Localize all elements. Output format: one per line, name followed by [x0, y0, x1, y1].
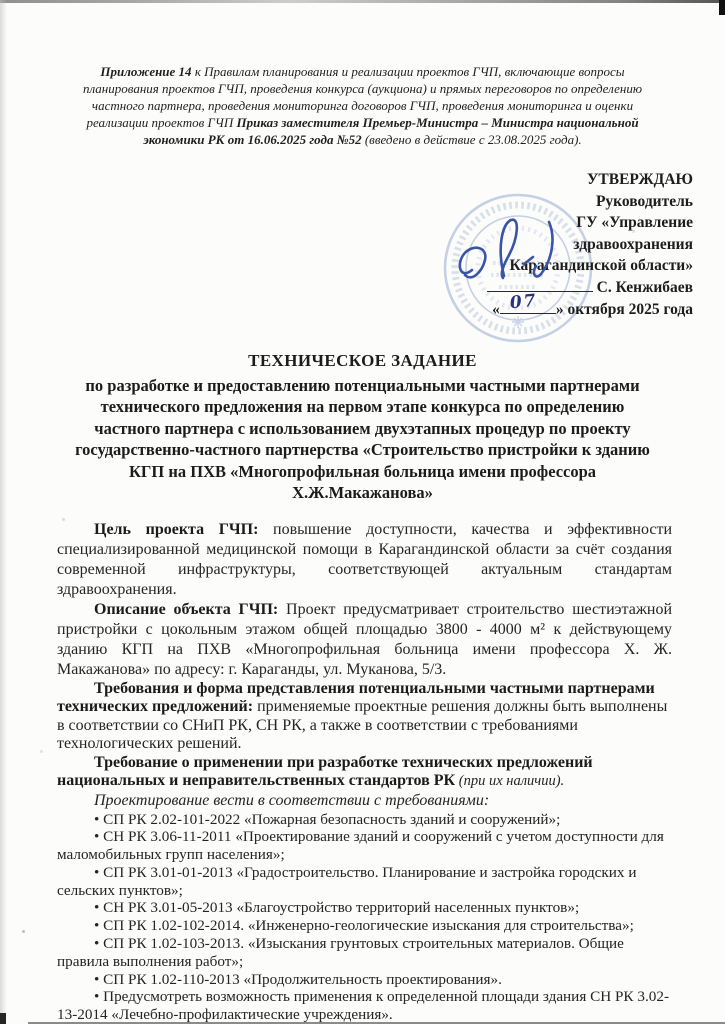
standards-list-item: СП РК 1.02-103-2013. «Изыскания грунтовы… — [57, 935, 672, 971]
standards-list-item: СН РК 3.01-05-2013 «Благоустройство терр… — [57, 899, 672, 917]
paragraph-goal: Цель проекта ГЧП: повышение доступности,… — [57, 520, 672, 600]
paragraph-requirements: Требования и форма представления потенци… — [57, 680, 672, 754]
appendix-ref-bold: Приложение 14 — [100, 64, 191, 79]
standards-list-item: Предусмотреть возможность применения к о… — [57, 988, 672, 1024]
date-open-quote: « — [492, 301, 500, 318]
order-ref-text: (введено в действие с 23.08.2025 года). — [362, 132, 582, 147]
date-rest: » октября 2025 года — [556, 301, 693, 318]
standards-note: (при их наличии). — [455, 773, 564, 789]
scan-edge-left — [0, 0, 7, 1024]
date-blank-line: 07 — [500, 298, 556, 314]
design-intro-line: Проектирование вести в соответствии с тр… — [57, 791, 672, 811]
scan-noise-specks — [22, 930, 25, 933]
standards-list-item: СП РК 1.02-102-2014. «Инженерно-геологич… — [57, 917, 672, 935]
appendix-note: Приложение 14 к Правилам планирования и … — [79, 63, 647, 148]
standards-list-item: СП РК 3.01-01-2013 «Градостроительство. … — [57, 864, 672, 900]
scan-edge-top — [0, 0, 725, 3]
signature-line: С. Кенжибаев — [0, 277, 693, 299]
scanned-document-page: Приложение 14 к Правилам планирования и … — [0, 0, 725, 1024]
standards-list-item: СП РК 2.02-101-2022 «Пожарная безопаснос… — [57, 811, 672, 829]
handwritten-date-day: 07 — [509, 291, 539, 315]
scan-corner-mark-bottom-left — [0, 1013, 6, 1024]
approval-title: УТВЕРЖДАЮ — [0, 169, 693, 191]
standards-list-item: СН РК 3.06-11-2011 «Проектирование здани… — [57, 828, 672, 864]
goal-label: Цель проекта ГЧП: — [94, 521, 258, 538]
document-heading: ТЕХНИЧЕСКОЕ ЗАДАНИЕ — [0, 351, 725, 371]
approval-org-line: Руководитель — [0, 191, 693, 213]
document-title-block: ТЕХНИЧЕСКОЕ ЗАДАНИЕ по разработке и пред… — [0, 351, 725, 504]
approval-date-line: «07» октября 2025 года — [0, 298, 693, 321]
object-label: Описание объекта ГЧП: — [94, 601, 278, 618]
scan-corner-mark-top-right — [719, 0, 725, 15]
approval-org-line: здравоохранения — [0, 234, 693, 256]
approval-block: УТВЕРЖДАЮ Руководитель ГУ «Управление зд… — [0, 169, 693, 321]
paragraph-standards: Требование о применении при разработке т… — [57, 754, 672, 791]
approval-org-line: Карагандинской области» — [0, 255, 693, 277]
signature — [452, 208, 582, 294]
standards-list-item: СП РК 1.02-110-2013 «Продолжительность п… — [57, 971, 672, 989]
paragraph-object: Описание объекта ГЧП: Проект предусматри… — [57, 600, 672, 680]
signatory-name: С. Кенжибаев — [597, 279, 693, 296]
document-body: Цель проекта ГЧП: повышение доступности,… — [57, 520, 672, 1024]
document-subtitle: по разработке и предоставлению потенциал… — [67, 375, 659, 504]
standards-list: СП РК 2.02-101-2022 «Пожарная безопаснос… — [57, 811, 672, 1024]
approval-org-line: ГУ «Управление — [0, 212, 693, 234]
